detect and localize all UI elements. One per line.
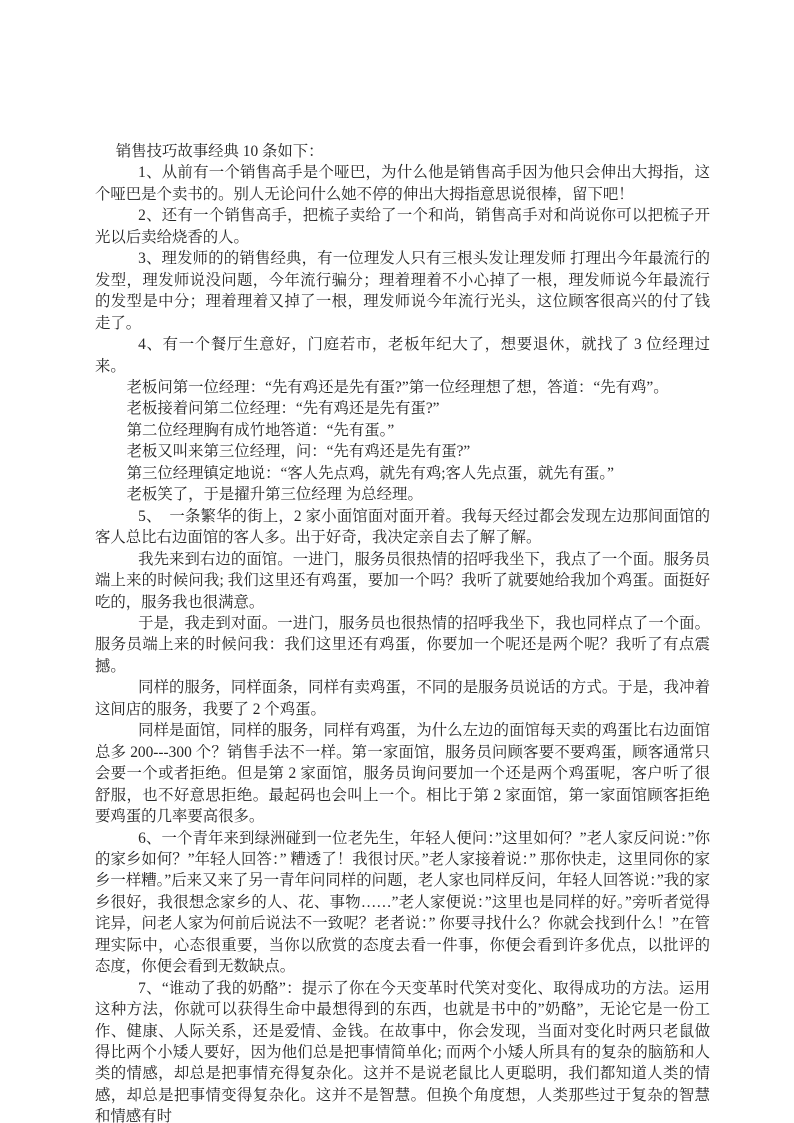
paragraph: 老板接着问第二位经理：“先有鸡还是先有蛋?” bbox=[95, 398, 710, 419]
paragraph: 2、还有一个销售高手，把梳子卖给了一个和尚，销售高手对和尚说你可以把梳子开光以后… bbox=[95, 205, 710, 248]
paragraph: 1、从前有一个销售高手是个哑巴，为什么他是销售高手因为他只会伸出大拇指，这个哑巴… bbox=[95, 162, 710, 205]
paragraph: 4、有一个餐厅生意好，门庭若市，老板年纪大了，想要退休，就找了 3 位经理过来。 bbox=[95, 334, 710, 377]
paragraph: 老板问第一位经理：“先有鸡还是先有蛋?”第一位经理想了想，答道：“先有鸡”。 bbox=[95, 377, 710, 398]
paragraph: 同样的服务，同样面条，同样有卖鸡蛋，不同的是服务员说话的方式。于是，我冲着这间店… bbox=[95, 677, 710, 720]
paragraph: 6、一个青年来到绿洲碰到一位老先生，年轻人便问：”这里如何？”老人家反问说：”你… bbox=[95, 828, 710, 978]
document-body: 1、从前有一个销售高手是个哑巴，为什么他是销售高手因为他只会伸出大拇指，这个哑巴… bbox=[95, 162, 710, 1123]
document-content: 销售技巧故事经典 10 条如下： 1、从前有一个销售高手是个哑巴，为什么他是销售… bbox=[95, 141, 710, 1123]
paragraph: 5、 一条繁华的街上，2 家小面馆面对面开着。我每天经过都会发现左边那间面馆的客… bbox=[95, 506, 710, 549]
paragraph: 于是，我走到对面。一进门，服务员也很热情的招呼我坐下，我也同样点了一个面。服务员… bbox=[95, 613, 710, 677]
document-page: 销售技巧故事经典 10 条如下： 1、从前有一个销售高手是个哑巴，为什么他是销售… bbox=[0, 0, 794, 1123]
paragraph: 第三位经理镇定地说：“客人先点鸡，就先有鸡;客人先点蛋，就先有蛋。” bbox=[95, 463, 710, 484]
paragraph: 7、“谁动了我的奶酪”：提示了你在今天变革时代笑对变化、取得成功的方法。运用这种… bbox=[95, 978, 710, 1123]
document-title: 销售技巧故事经典 10 条如下： bbox=[95, 141, 710, 162]
paragraph: 我先来到右边的面馆。一进门，服务员很热情的招呼我坐下，我点了一个面。服务员端上来… bbox=[95, 549, 710, 613]
paragraph: 老板又叫来第三位经理，问：“先有鸡还是先有蛋?” bbox=[95, 441, 710, 462]
paragraph: 3、理发师的的销售经典，有一位理发人只有三根头发让理发师 打理出今年最流行的发型… bbox=[95, 248, 710, 334]
paragraph: 老板笑了，于是擢升第三位经理 为总经理。 bbox=[95, 484, 710, 505]
paragraph: 同样是面馆，同样的服务，同样有鸡蛋，为什么左边的面馆每天卖的鸡蛋比右边面馆总多 … bbox=[95, 720, 710, 827]
paragraph: 第二位经理胸有成竹地答道：“先有蛋。” bbox=[95, 420, 710, 441]
